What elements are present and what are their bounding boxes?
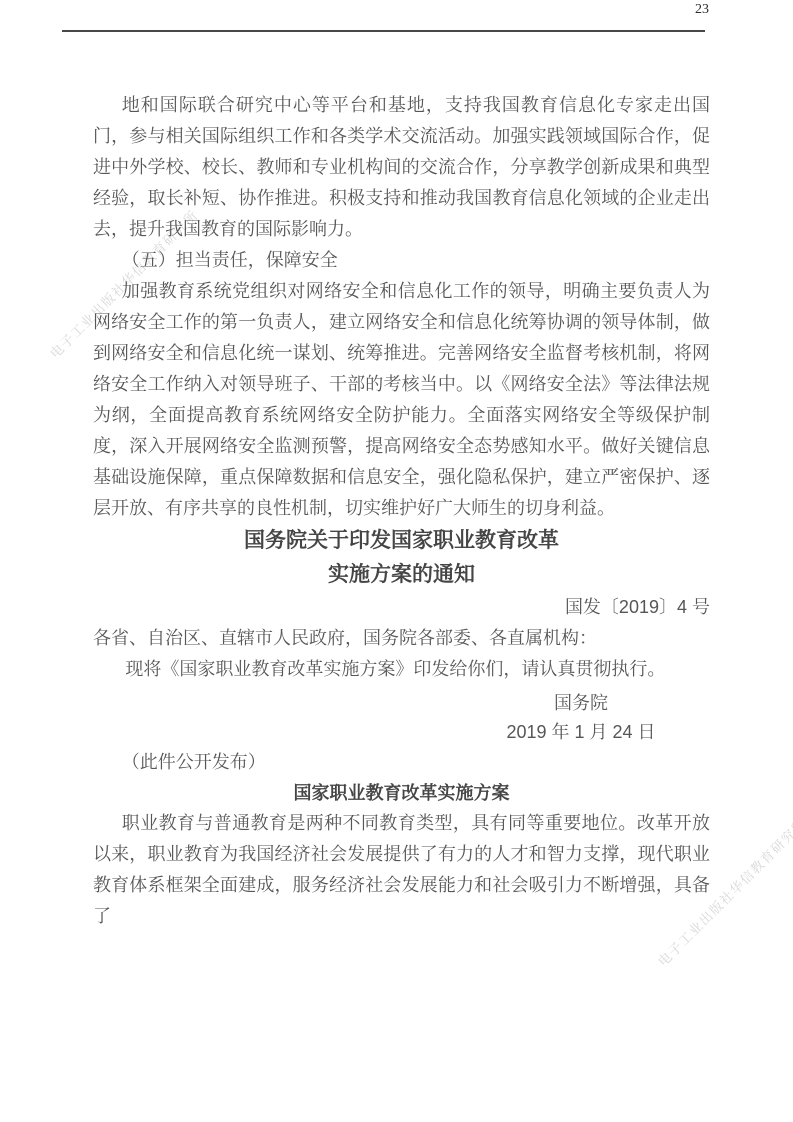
plan-intro-paragraph: 职业教育与普通教育是两种不同教育类型，具有同等重要地位。改革开放以来，职业教育为… [93,808,710,932]
public-release-note: （此件公开发布） [93,747,710,778]
paragraph-international-cooperation: 地和国际联合研究中心等平台和基地，支持我国教育信息化专家走出国门，参与相关国际组… [93,90,710,245]
signature-date: 2019 年 1 月 24 日 [452,718,710,747]
header-rule [62,30,705,32]
salutation-line: 各省、自治区、直辖市人民政府，国务院各部委、各直属机构： [93,623,710,654]
document-number: 国发〔2019〕4 号 [93,592,710,623]
item-5-heading: （五）担当责任，保障安全 [93,245,710,276]
notice-title-line-1: 国务院关于印发国家职业教育改革 [93,524,710,558]
notice-title-line-2: 实施方案的通知 [93,558,710,592]
page-number: 23 [695,2,709,18]
plan-title: 国家职业教育改革实施方案 [93,778,710,808]
signature-block: 国务院 2019 年 1 月 24 日 [452,689,710,747]
notice-body-line: 现将《国家职业教育改革实施方案》印发给你们，请认真贯彻执行。 [93,654,710,685]
paragraph-network-security: 加强教育系统党组织对网络安全和信息化工作的领导，明确主要负责人为网络安全工作的第… [93,276,710,524]
signer-name: 国务院 [452,689,710,718]
document-page: 23 电子工业出版社华信教育研究所 电子工业出版社华信教育研究所 地和国际联合研… [0,0,793,1122]
document-body: 地和国际联合研究中心等平台和基地，支持我国教育信息化专家走出国门，参与相关国际组… [93,90,710,932]
